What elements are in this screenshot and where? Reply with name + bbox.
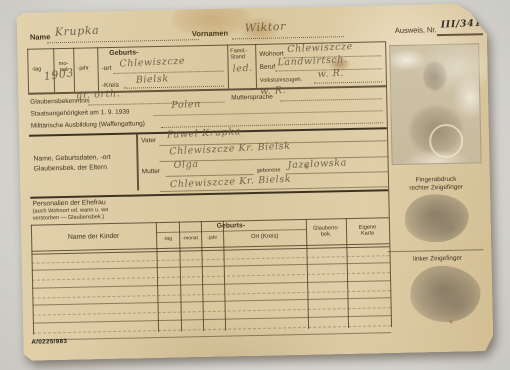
vater-address-value: Chlewiszcze Kr. Bielsk bbox=[169, 141, 291, 158]
scan-background: Name Krupka Vornamen Wiktor Ausweis, Nr.… bbox=[0, 0, 510, 370]
staatsangehoerigkeit-label: Staatsangehörigkeit am 1. 9. 1939 bbox=[30, 109, 129, 119]
tag-header: -tag bbox=[156, 237, 179, 243]
eigene-karte-header: Eigene Karte bbox=[346, 224, 389, 238]
jahr-header: -jahr bbox=[201, 236, 223, 242]
name-label: Name bbox=[30, 33, 51, 42]
ausweis-label: Ausweis, Nr. bbox=[395, 26, 437, 35]
fingerprint-right-label: Fingerabdruck rechter Zeigefinger bbox=[390, 175, 482, 194]
rule bbox=[97, 47, 99, 91]
mutter-label: Mutter bbox=[142, 168, 161, 176]
rule bbox=[255, 44, 257, 88]
volkstum-label: Volkstumszugeh. bbox=[260, 77, 302, 84]
mutter-value: Olga bbox=[173, 159, 198, 171]
ehefrau-sublabel: (auch Wohnort od. wann u. wo verstorben … bbox=[33, 207, 109, 223]
staatsangehoerigkeit-value: Polen bbox=[171, 99, 201, 111]
ort-label: -ort bbox=[102, 65, 112, 73]
birth-year-value: 1903 bbox=[43, 66, 75, 83]
fingerprint-right-smudge bbox=[404, 194, 469, 243]
familienstand-value: led. bbox=[232, 63, 253, 75]
glaubensbek-header: Glaubens- bek. bbox=[306, 225, 346, 239]
muttersprache-value: w. R. bbox=[260, 85, 287, 97]
eltern-label: Name, Geburtsdaten, -ort Glaubensbek. de… bbox=[33, 153, 110, 175]
name-value: Krupka bbox=[55, 24, 100, 39]
fingerprint-left-smudge bbox=[408, 263, 482, 325]
beruf-label: Beruf bbox=[260, 64, 276, 72]
jahr-label: -jahr bbox=[78, 65, 89, 72]
familienstand-label: Famil.- Stand bbox=[230, 48, 247, 61]
geborene-value: Jazelowska bbox=[287, 157, 347, 171]
ort-underline bbox=[114, 71, 224, 74]
militaer-label: Militärische Ausbildung (Waffengattung) bbox=[31, 120, 145, 130]
ort-header: Ort (Kreis) bbox=[223, 233, 306, 242]
vornamen-underline bbox=[232, 36, 344, 39]
card-wrapper: Name Krupka Vornamen Wiktor Ausweis, Nr.… bbox=[0, 0, 510, 370]
volkstum-underline bbox=[314, 81, 382, 83]
tag-label: -tag bbox=[32, 66, 42, 73]
rule bbox=[227, 45, 229, 89]
vater-label: Vater bbox=[141, 137, 156, 145]
name-underline bbox=[47, 39, 199, 43]
staat-underline bbox=[154, 110, 383, 116]
glauben-value: gr. orth. bbox=[76, 88, 121, 101]
ausweis-underline bbox=[437, 33, 483, 35]
vornamen-value: Wiktor bbox=[244, 20, 286, 35]
eltern-bracket bbox=[136, 134, 139, 190]
wohnort-value: Chlewiszcze bbox=[287, 41, 353, 55]
monat-header: -monat bbox=[179, 236, 201, 242]
vornamen-label: Vornamen bbox=[192, 30, 228, 39]
rule bbox=[27, 49, 29, 93]
kinder-rows bbox=[31, 246, 391, 340]
name-der-kinder-header: Name der Kinder bbox=[31, 232, 156, 242]
fingerprint-left-label: linker Zeigefinger bbox=[392, 254, 484, 263]
ort-value: Chlewiszcze bbox=[119, 56, 185, 70]
beruf-value: Landwirtsch. bbox=[277, 54, 348, 68]
glauben-underline bbox=[88, 102, 224, 106]
registration-card: Name Krupka Vornamen Wiktor Ausweis, Nr.… bbox=[16, 3, 493, 361]
geborene-underline bbox=[286, 171, 388, 174]
kreis-value: Bielsk bbox=[136, 73, 169, 86]
vater-value: Pawel Krupka bbox=[167, 126, 241, 140]
geburts-label: Geburts- bbox=[109, 49, 138, 58]
volkstum-value: w. R. bbox=[318, 68, 345, 80]
muttersprache-underline bbox=[280, 98, 382, 101]
archive-stamp: A/0225/983 bbox=[31, 338, 67, 346]
fingerprint-divider bbox=[387, 249, 483, 252]
ausweis-value: III/341 bbox=[441, 18, 482, 31]
